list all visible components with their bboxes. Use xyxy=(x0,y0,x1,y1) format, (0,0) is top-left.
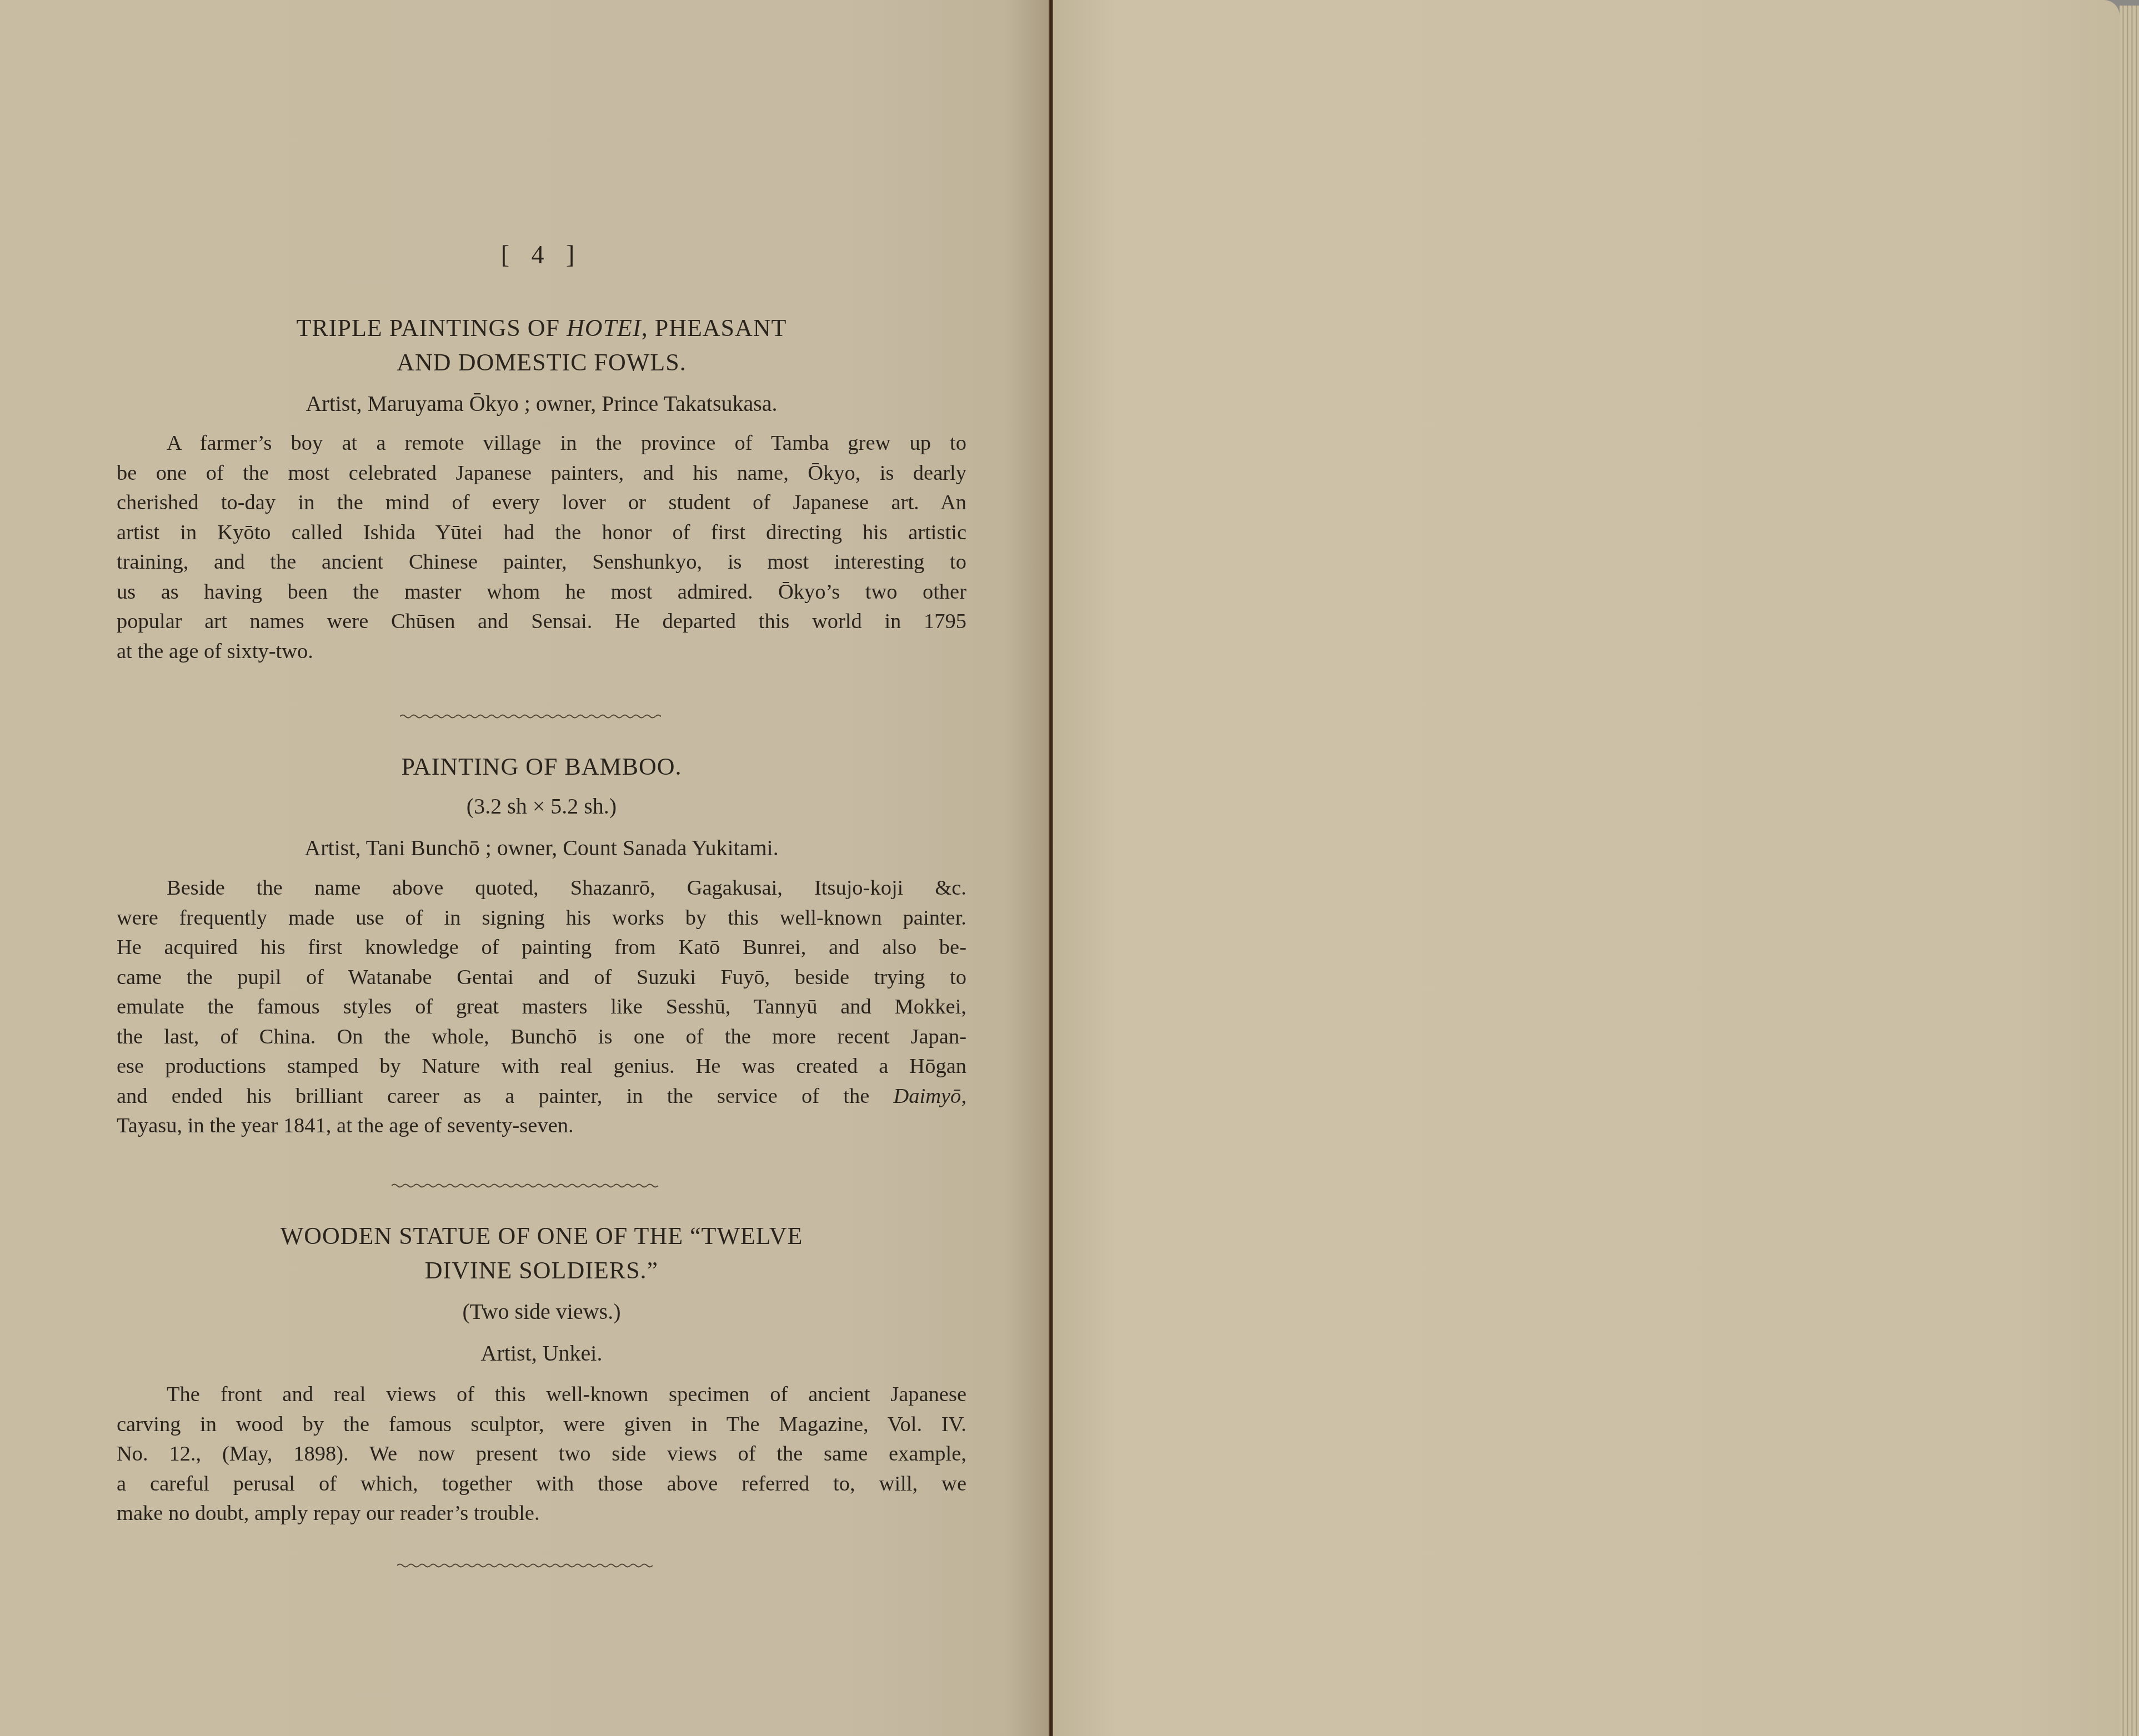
body-line: The front and real views of this well-kn… xyxy=(117,1380,966,1410)
section-2-dimensions: (3.2 sh × 5.2 sh.) xyxy=(117,791,966,821)
section-2-attribution: Artist, Tani Bunchō ; owner, Count Sanad… xyxy=(117,833,966,863)
body-line: A farmer’s boy at a remote village in th… xyxy=(117,429,966,459)
section-divider xyxy=(397,1562,653,1569)
body-line: He acquired his first knowledge of paint… xyxy=(117,933,966,963)
body-line: make no doubt, amply repay our reader’s … xyxy=(117,1499,966,1529)
section-2-body: Beside the name above quoted, Shazanrō, … xyxy=(117,874,966,1141)
hotei-italic: HOTEI xyxy=(567,314,642,342)
page-edges xyxy=(2120,6,2139,1736)
section-3-title: WOODEN STATUE OF ONE OF THE “TWELVE DIVI… xyxy=(117,1219,966,1288)
book-gutter xyxy=(1049,0,1053,1736)
daimyo-italic: Daimyō xyxy=(893,1085,961,1108)
body-line: ese productions stamped by Nature with r… xyxy=(117,1052,966,1082)
section-divider xyxy=(400,713,661,720)
body-line: were frequently made use of in signing h… xyxy=(117,904,966,934)
body-line: a careful perusal of which, together wit… xyxy=(117,1469,966,1499)
section-2-title: PAINTING OF BAMBOO. xyxy=(117,750,966,784)
section-2-title-line-1: PAINTING OF BAMBOO. xyxy=(117,750,966,784)
body-line: us as having been the master whom he mos… xyxy=(117,578,966,608)
bleed-through-text xyxy=(1148,222,1183,347)
book-spread: [ 4 ] TRIPLE PAINTINGS OF HOTEI, PHEASAN… xyxy=(0,0,2139,1736)
section-1-attribution: Artist, Maruyama Ōkyo ; owner, Prince Ta… xyxy=(117,389,966,419)
section-1-title-line-1: TRIPLE PAINTINGS OF HOTEI, PHEASANT xyxy=(117,311,966,345)
body-line: cherished to-day in the mind of every lo… xyxy=(117,488,966,518)
section-1-title-line-2: AND DOMESTIC FOWLS. xyxy=(117,345,966,380)
body-line: No. 12., (May, 1898). We now present two… xyxy=(117,1439,966,1469)
body-line: training, and the ancient Chinese painte… xyxy=(117,548,966,578)
body-line: be one of the most celebrated Japanese p… xyxy=(117,459,966,489)
section-divider xyxy=(392,1182,658,1190)
body-line: Beside the name above quoted, Shazanrō, … xyxy=(117,874,966,904)
body-line: popular art names were Chūsen and Sensai… xyxy=(117,607,966,637)
left-page: [ 4 ] TRIPLE PAINTINGS OF HOTEI, PHEASAN… xyxy=(0,0,1049,1736)
body-line: Tayasu, in the year 1841, at the age of … xyxy=(117,1111,966,1141)
body-line: at the age of sixty-two. xyxy=(117,637,966,667)
body-line: carving in wood by the famous sculptor, … xyxy=(117,1410,966,1440)
section-1-title: TRIPLE PAINTINGS OF HOTEI, PHEASANT AND … xyxy=(117,311,966,380)
section-1-body: A farmer’s boy at a remote village in th… xyxy=(117,429,966,666)
page-number: [ 4 ] xyxy=(117,240,966,269)
section-3-title-line-1: WOODEN STATUE OF ONE OF THE “TWELVE xyxy=(117,1219,966,1253)
body-line: came the pupil of Watanabe Gentai and of… xyxy=(117,963,966,993)
section-3-title-line-2: DIVINE SOLDIERS.” xyxy=(117,1253,966,1288)
body-line: emulate the famous styles of great maste… xyxy=(117,992,966,1022)
section-3-subtitle: (Two side views.) xyxy=(117,1297,966,1327)
right-page xyxy=(1053,0,2120,1736)
body-line: and ended his brilliant career as a pain… xyxy=(117,1082,966,1112)
section-3-body: The front and real views of this well-kn… xyxy=(117,1380,966,1529)
body-line: the last, of China. On the whole, Bunchō… xyxy=(117,1022,966,1052)
section-3-attribution: Artist, Unkei. xyxy=(117,1338,966,1368)
body-line: artist in Kyōto called Ishida Yūtei had … xyxy=(117,518,966,548)
